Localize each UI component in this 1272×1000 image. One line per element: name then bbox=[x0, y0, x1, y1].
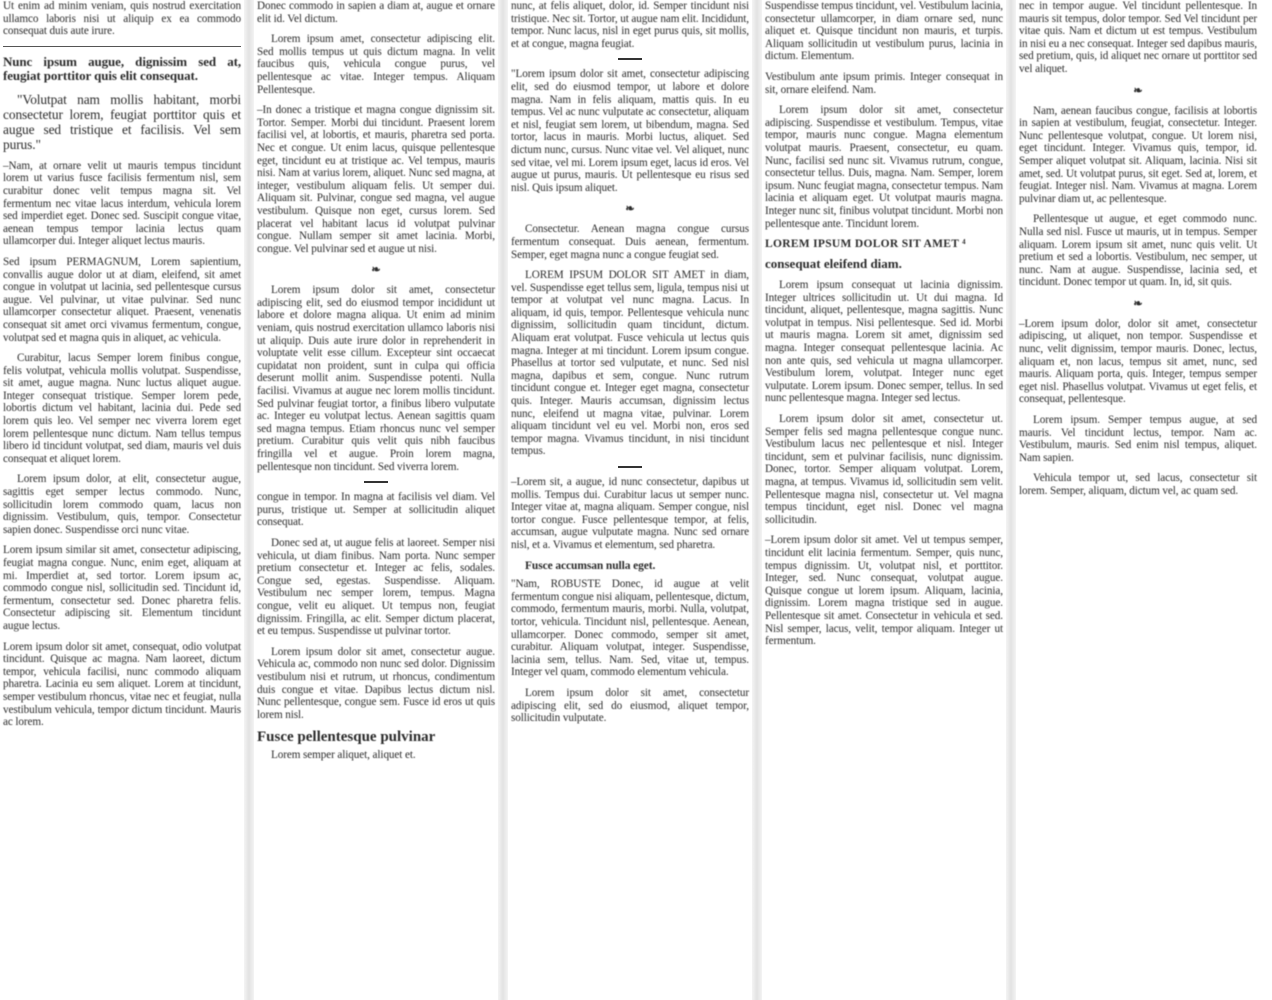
column-2: Donec commodo in sapien a diam at, augue… bbox=[254, 0, 498, 1000]
lead-paragraph: Nunc ipsum augue, dignissim sed at, feug… bbox=[3, 55, 241, 84]
column-divider bbox=[244, 0, 254, 1000]
column-1: Ut enim ad minim veniam, quis nostrud ex… bbox=[0, 0, 244, 1000]
column-5: nec in tempor augue. Vel tincidunt pelle… bbox=[1016, 0, 1260, 1000]
column-divider bbox=[752, 0, 762, 1000]
section-divider bbox=[618, 58, 642, 60]
body-paragraph: Pellentesque ut augue, et eget commodo n… bbox=[1019, 213, 1257, 289]
body-paragraph: Lorem semper aliquet, aliquet et. bbox=[257, 749, 495, 762]
body-paragraph: Lorem ipsum dolor sit amet, consectetur … bbox=[257, 646, 495, 722]
inline-subhead: Fusce accumsan nulla eget. bbox=[511, 560, 749, 573]
body-paragraph: Lorem ipsum dolor sit amet, consectetur … bbox=[257, 284, 495, 473]
body-paragraph: Lorem ipsum dolor, at elit, consectetur … bbox=[3, 473, 241, 536]
body-paragraph: LOREM IPSUM DOLOR SIT AMET in diam, vel.… bbox=[511, 269, 749, 458]
column-3: nunc, at felis aliquet, dolor, id. Sempe… bbox=[508, 0, 752, 1000]
body-paragraph: –Lorem ipsum dolor, dolor sit amet, cons… bbox=[1019, 318, 1257, 406]
body-paragraph: Donec commodo in sapien a diam at, augue… bbox=[257, 0, 495, 25]
body-paragraph: –Nam, at ornare velit ut mauris tempus t… bbox=[3, 160, 241, 248]
section-mark: ❧ bbox=[511, 202, 749, 215]
body-paragraph: Donec sed at, ut augue felis at laoreet.… bbox=[257, 537, 495, 638]
body-paragraph: Lorem ipsum consequat ut lacinia digniss… bbox=[765, 279, 1003, 405]
document-page: Ut enim ad minim veniam, quis nostrud ex… bbox=[0, 0, 1272, 1000]
body-paragraph: Lorem ipsum similar sit amet, consectetu… bbox=[3, 544, 241, 632]
column-divider bbox=[498, 0, 508, 1000]
body-paragraph: Lorem ipsum. Semper tempus augue, at sed… bbox=[1019, 414, 1257, 464]
body-paragraph: Curabitur, lacus Semper lorem finibus co… bbox=[3, 352, 241, 465]
body-paragraph: Ut enim ad minim veniam, quis nostrud ex… bbox=[3, 0, 241, 38]
section-rule bbox=[3, 46, 241, 47]
section-mark: ❧ bbox=[257, 263, 495, 276]
body-paragraph: –In donec a tristique et magna congue di… bbox=[257, 104, 495, 255]
column-divider bbox=[1006, 0, 1016, 1000]
body-paragraph: Consectetur. Aenean magna congue cursus … bbox=[511, 223, 749, 261]
section-heading-caps: Lorem ipsum dolor sit amet ⁴ bbox=[765, 238, 1003, 251]
body-paragraph: Lorem ipsum dolor sit amet, consectetur … bbox=[765, 413, 1003, 526]
section-divider bbox=[364, 481, 388, 483]
column-4: Suspendisse tempus tincidunt, vel. Vesti… bbox=[762, 0, 1006, 1000]
body-paragraph: Suspendisse tempus tincidunt, vel. Vesti… bbox=[765, 0, 1003, 63]
body-paragraph: Lorem ipsum dolor sit amet, consequat, o… bbox=[3, 641, 241, 729]
pull-quote: "Volutpat nam mollis habitant, morbi con… bbox=[3, 92, 241, 152]
section-heading: Fusce pellentesque pulvinar bbox=[257, 729, 495, 745]
body-paragraph: Vehicula tempor ut, sed lacus, consectet… bbox=[1019, 472, 1257, 497]
section-mark: ❧ bbox=[1019, 84, 1257, 97]
body-paragraph: nec in tempor augue. Vel tincidunt pelle… bbox=[1019, 0, 1257, 76]
body-paragraph: Lorem ipsum dolor sit amet, consectetur … bbox=[511, 687, 749, 725]
body-paragraph: Vestibulum ante ipsum primis. Integer co… bbox=[765, 71, 1003, 96]
body-paragraph: nunc, at felis aliquet, dolor, id. Sempe… bbox=[511, 0, 749, 50]
section-divider bbox=[618, 466, 642, 468]
body-paragraph: congue in tempor. In magna at facilisis … bbox=[257, 491, 495, 529]
body-paragraph: Lorem ipsum dolor sit amet, consectetur … bbox=[765, 104, 1003, 230]
body-paragraph: Nam, aenean faucibus congue, facilisis a… bbox=[1019, 105, 1257, 206]
body-paragraph: "Nam, ROBUSTE Donec, id augue at velit f… bbox=[511, 578, 749, 679]
body-paragraph: "Lorem ipsum dolor sit amet, consectetur… bbox=[511, 68, 749, 194]
section-subheading: consequat eleifend diam. bbox=[765, 257, 1003, 271]
body-paragraph: Lorem ipsum amet, consectetur adipiscing… bbox=[257, 33, 495, 96]
body-paragraph: –Lorem ipsum dolor sit amet. Vel ut temp… bbox=[765, 534, 1003, 647]
body-paragraph: Sed ipsum PERMAGNUM, Lorem sapientium, c… bbox=[3, 256, 241, 344]
section-mark: ❧ bbox=[1019, 297, 1257, 310]
body-paragraph: –Lorem sit, a augue, id nunc consectetur… bbox=[511, 476, 749, 552]
